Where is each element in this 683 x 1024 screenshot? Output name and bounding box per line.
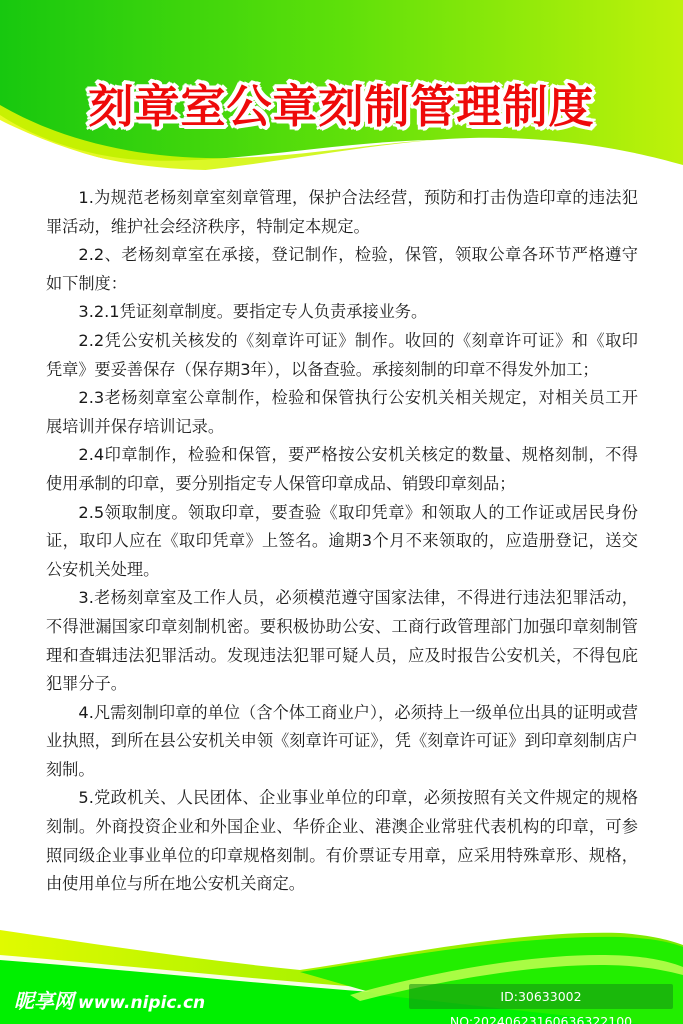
- paragraph-7: 2.5领取制度。领取印章，要查验《取印凭章》和领取人的工作证或居民身份证，取印人…: [46, 499, 638, 585]
- watermark-id-badge: ID:30633002 NO:20240623160636322100: [409, 984, 673, 1009]
- paragraph-3: 3.2.1凭证刻章制度。要指定专人负责承接业务。: [46, 298, 638, 327]
- paragraph-2: 2.2、老杨刻章室在承接，登记制作，检验，保管，领取公章各环节严格遵守如下制度：: [46, 241, 638, 298]
- watermark-logo-text: 昵享网: [14, 989, 74, 1013]
- paragraph-8: 3.老杨刻章室及工作人员，必须模范遵守国家法律，不得进行违法犯罪活动，不得泄漏国…: [46, 584, 638, 698]
- regulations-body: 1.为规范老杨刻章室刻章管理，保护合法经营，预防和打击伪造印章的违法犯罪活动，维…: [46, 184, 638, 899]
- watermark-url: www.nipic.cn: [78, 993, 205, 1013]
- paragraph-9: 4.凡需刻制印章的单位（含个体工商业户），必须持上一级单位出具的证明或营业执照，…: [46, 699, 638, 785]
- nipic-watermark-logo: 昵享网www.nipic.cn: [14, 985, 205, 1014]
- paragraph-10: 5.党政机关、人民团体、企业事业单位的印章，必须按照有关文件规定的规格刻制。外商…: [46, 784, 638, 898]
- paragraph-6: 2.4印章制作，检验和保管，要严格按公安机关核定的数量、规格刻制，不得使用承制的…: [46, 441, 638, 498]
- paragraph-4: 2.2凭公安机关核发的《刻章许可证》制作。收回的《刻章许可证》和《取印凭章》要妥…: [46, 327, 638, 384]
- poster-title: 刻章室公章刻制管理制度: [0, 70, 683, 135]
- paragraph-1: 1.为规范老杨刻章室刻章管理，保护合法经营，预防和打击伪造印章的违法犯罪活动，维…: [46, 184, 638, 241]
- paragraph-5: 2.3老杨刻章室公章制作，检验和保管执行公安机关相关规定，对相关员工开展培训并保…: [46, 384, 638, 441]
